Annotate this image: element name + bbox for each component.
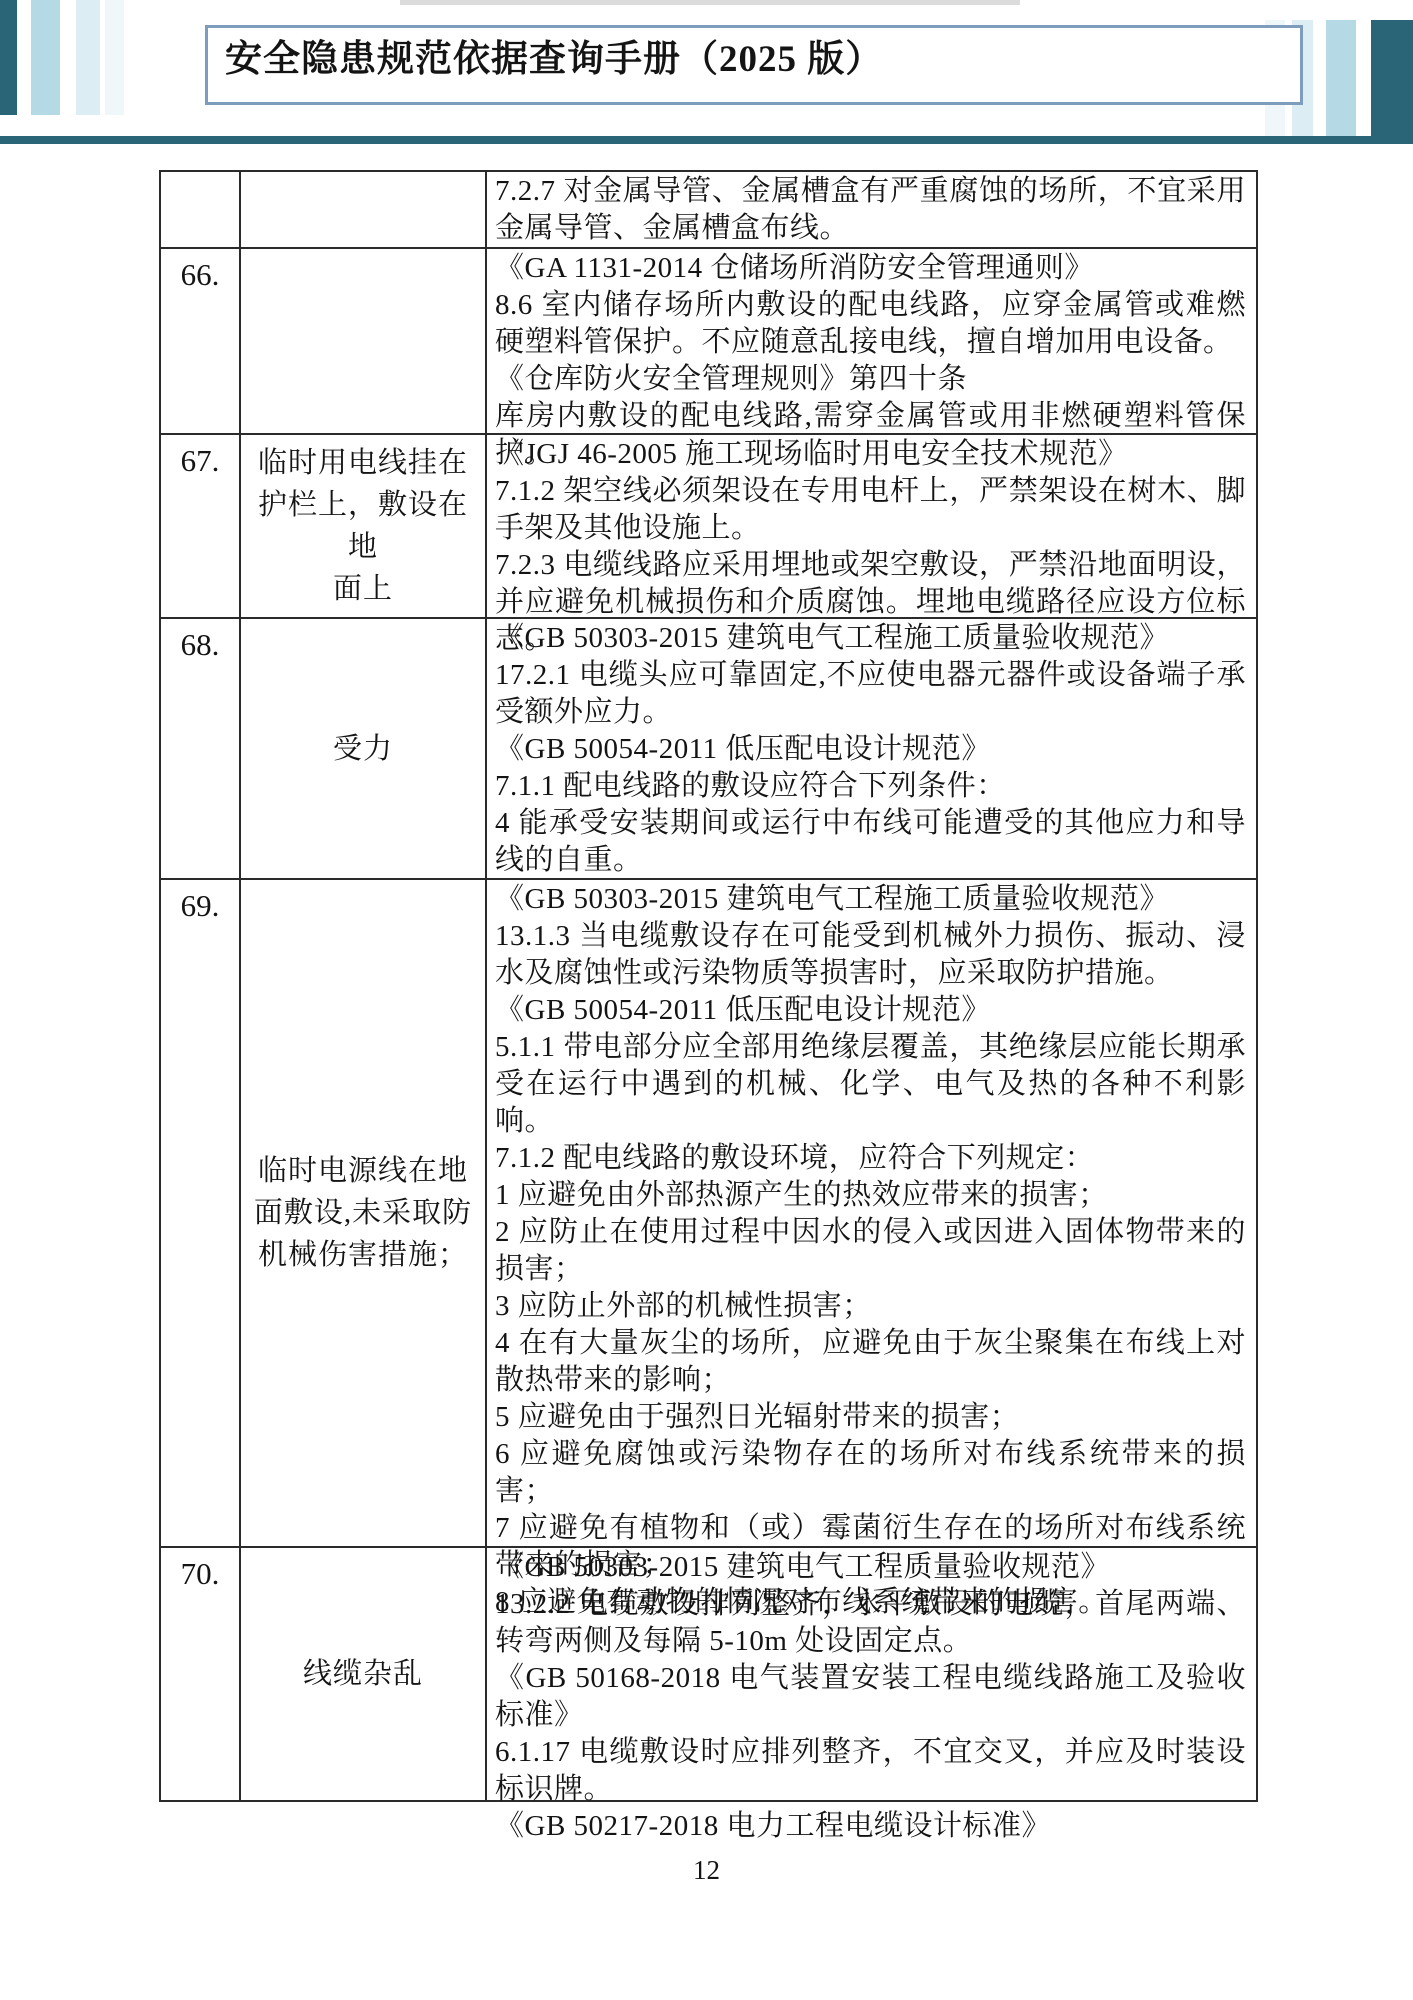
hazard-name-cell: 受力 [241,619,487,878]
row-number-cell: 66. [161,249,241,433]
left-stripe-light-blue [76,0,100,115]
header-title-box: 安全隐患规范依据查询手册（2025 版） [205,25,1303,105]
regulation-text-cell: 《GA 1131-2014 仓储场所消防安全管理通则》 8.6 室内储存场所内敷… [487,249,1256,433]
hazard-name-cell: 临时电源线在地 面敷设,未采取防 机械伤害措施； [241,880,487,1546]
hazard-name-cell: 临时用电线挂在 护栏上，敷设在地 面上 [241,435,487,617]
row-number-cell: 67. [161,435,241,617]
page-number: 12 [0,1855,1413,1886]
row-number-cell: 70. [161,1548,241,1800]
regulation-text-cell: 《JGJ 46-2005 施工现场临时用电安全技术规范》 7.1.2 架空线必须… [487,435,1256,617]
table-row-67: 67. 临时用电线挂在 护栏上，敷设在地 面上 《JGJ 46-2005 施工现… [161,435,1256,619]
left-stripe-pale-blue [105,0,124,115]
table-row-continuation: 7.2.7 对金属导管、金属槽盒有严重腐蚀的场所，不宜采用金属导管、金属槽盒布线… [161,172,1256,249]
hazard-regulation-table: 7.2.7 对金属导管、金属槽盒有严重腐蚀的场所，不宜采用金属导管、金属槽盒布线… [159,170,1258,1802]
regulation-text-cell: 《GB 50303-2015 建筑电气工程施工质量验收规范》 17.2.1 电缆… [487,619,1256,878]
hazard-name-cell [241,249,487,433]
regulation-text-cell: 7.2.7 对金属导管、金属槽盒有严重腐蚀的场所，不宜采用金属导管、金属槽盒布线… [487,172,1256,247]
page-title: 安全隐患规范依据查询手册（2025 版） [208,28,1300,81]
row-number-cell: 69. [161,880,241,1546]
hazard-name-cell: 线缆杂乱 [241,1548,487,1800]
regulation-text-cell: 《GB 50303-2015 建筑电气工程施工质量验收规范》 13.1.3 当电… [487,880,1256,1546]
row-number-cell: 68. [161,619,241,878]
left-stripe-dark-teal [0,0,17,115]
table-row-66: 66. 《GA 1131-2014 仓储场所消防安全管理通则》 8.6 室内储存… [161,249,1256,435]
left-stripe-medium-blue [31,0,60,115]
table-row-70: 70. 线缆杂乱 《GB 50303-2015 建筑电气工程质量验收规范》 13… [161,1548,1256,1800]
hazard-name-cell [241,172,487,247]
scan-artifact-strip [400,0,1020,5]
table-row-69: 69. 临时电源线在地 面敷设,未采取防 机械伤害措施； 《GB 50303-2… [161,880,1256,1548]
right-stripe-medium-blue [1326,20,1356,137]
right-corner-teal-block [1371,20,1413,144]
header-divider-rule [0,136,1413,144]
regulation-text-cell: 《GB 50303-2015 建筑电气工程质量验收规范》 13.2.2 电缆敷设… [487,1548,1256,1800]
row-number-cell [161,172,241,247]
document-page: { "header": { "title": "安全隐患规范依据查询手册（202… [0,0,1413,2000]
table-row-68: 68. 受力 《GB 50303-2015 建筑电气工程施工质量验收规范》 17… [161,619,1256,880]
